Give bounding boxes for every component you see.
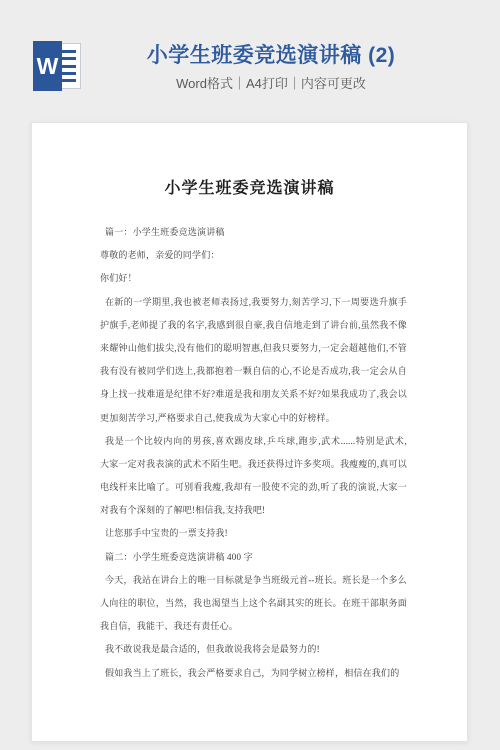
document-body: 篇一：小学生班委竞选演讲稿尊敬的老师，亲爱的同学们：你们好！在新的一学期里,我也… — [32, 221, 467, 685]
word-icon-stripe — [60, 79, 76, 82]
word-icon-letter: W — [33, 41, 62, 91]
document-line: 大家一定对我表演的武术不陌生吧。我还获得过许多奖项。我瘦瘦的,真可以说 — [100, 453, 407, 476]
document-line: 我自信，我能干、我还有责任心。 — [100, 615, 407, 638]
document-line: 让您那手中宝贵的一票支持我! — [100, 522, 407, 545]
header: W 小学生班委竞选演讲稿 (2) Word格式｜A4打印｜内容可更改 — [0, 0, 500, 122]
word-icon-stripe — [60, 72, 76, 75]
document-title: 小学生班委竞选演讲稿 — [32, 177, 467, 201]
word-document-icon: W — [33, 41, 81, 91]
header-text: 小学生班委竞选演讲稿 (2) Word格式｜A4打印｜内容可更改 — [42, 0, 500, 93]
word-icon-stripe — [60, 57, 76, 60]
word-icon-stripe — [60, 50, 76, 53]
document-line: 更加刻苦学习,严格要求自己,使我成为大家心中的好榜样。 — [100, 407, 407, 430]
document-line: 对我有个深刻的了解吧!相信我,支持我吧! — [100, 499, 407, 522]
document-line: 电线杆来比喻了。可别看我瘦,我却有一股使不完的劲,听了我的演说,大家一定 — [100, 476, 407, 499]
document-line: 今天，我站在讲台上的唯一目标就是争当班级元首--班长。班长是一个多么令 — [100, 569, 407, 592]
word-icon-stripe — [60, 65, 76, 68]
document-preview: 小学生班委竞选演讲稿 篇一：小学生班委竞选演讲稿尊敬的老师，亲爱的同学们：你们好… — [31, 122, 468, 742]
document-line: 篇一：小学生班委竞选演讲稿 — [100, 221, 407, 244]
document-line: 护旗手,老师提了我的名字,我感到很自豪,我自信地走到了讲台前,虽然我不像 — [100, 314, 407, 337]
document-line: 假如我当上了班长，我会严格要求自己，为同学树立榜样，相信在我们的共同 — [100, 662, 407, 685]
document-line: 来耀钟山他们拔尖,没有他们的聪明智惠,但我只要努力,一定会超越他们,不管 — [100, 337, 407, 360]
document-line: 在新的一学期里,我也被老师表扬过,我要努力,刻苦学习,下一周要选升旗手和 — [100, 291, 407, 314]
document-line: 人向往的职位，当然，我也渴望当上这个名副其实的班长。在班干部职务面前， — [100, 592, 407, 615]
header-subtitle: Word格式｜A4打印｜内容可更改 — [42, 75, 500, 93]
document-line: 身上找一找难道是纪律不好?难道是我和朋友关系不好?如果我成功了,我会以后 — [100, 383, 407, 406]
document-line: 篇二：小学生班委竞选演讲稿 400 字 — [100, 546, 407, 569]
page-background: { "header": { "icon_letter": "W", "title… — [0, 0, 500, 750]
document-line: 我是一个比较内向的男孩,喜欢踢皮球,乒乓球,跑步,武术......特别是武术, — [100, 430, 407, 453]
document-line: 我不敢说我是最合适的，但我敢说我将会是最努力的! — [100, 638, 407, 661]
document-line: 你们好！ — [100, 267, 407, 290]
document-line: 尊敬的老师，亲爱的同学们： — [100, 244, 407, 267]
document-line: 我有没有被同学们选上,我都抱着一颗自信的心,不论是否成功,我一定会从自己 — [100, 360, 407, 383]
page-title: 小学生班委竞选演讲稿 (2) — [42, 44, 500, 68]
